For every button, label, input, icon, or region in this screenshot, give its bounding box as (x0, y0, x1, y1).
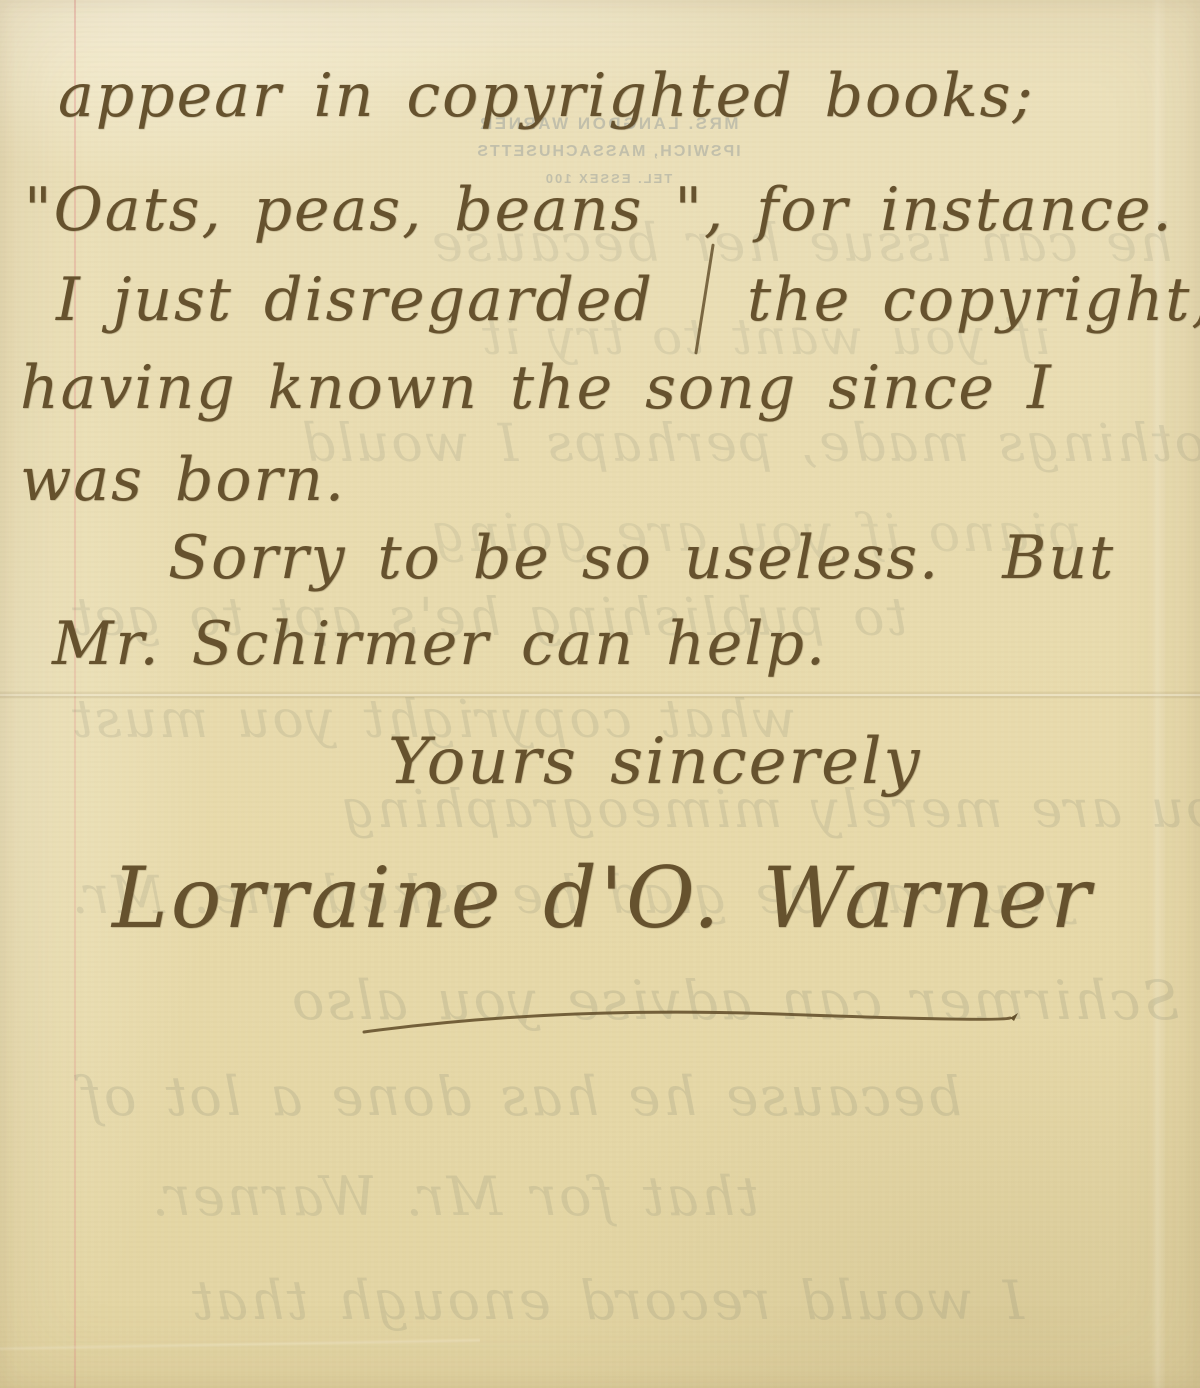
handwriting-line-2: "Oats, peas, beans ", for instance. (24, 180, 1174, 240)
signature: Lorraine d'O. Warner (112, 856, 1094, 940)
letterhead-line: IPSWICH, MASSACHUSETTS (438, 143, 778, 161)
closing-line: Yours sincerely (388, 730, 922, 794)
fold-crease (0, 691, 1200, 699)
ghost-line: nothings made, perhaps I would (300, 418, 1200, 470)
handwriting-line-5: was born. (20, 450, 346, 510)
ghost-line: that for Mr. Warner. (150, 1170, 759, 1224)
fold-crease-lower (0, 1338, 480, 1351)
handwriting-line-7: Mr. Schirmer can help. (52, 614, 827, 674)
handwriting-line-6: Sorry to be so useless. But (168, 528, 1115, 588)
handwriting-line-3: I just disregarded the copyright, (56, 270, 1200, 330)
handwriting-line-1: appear in copyrighted books; (58, 66, 1035, 126)
handwriting-line-4: having known the song since I (20, 358, 1053, 418)
letter-page: MRS. LANGDON WARNER IPSWICH, MASSACHUSET… (0, 0, 1200, 1388)
signature-flourish-underline (358, 998, 1028, 1042)
ghost-line: I would record enough that (190, 1274, 1024, 1328)
ghost-line: because he has done a lot of (80, 1070, 962, 1124)
